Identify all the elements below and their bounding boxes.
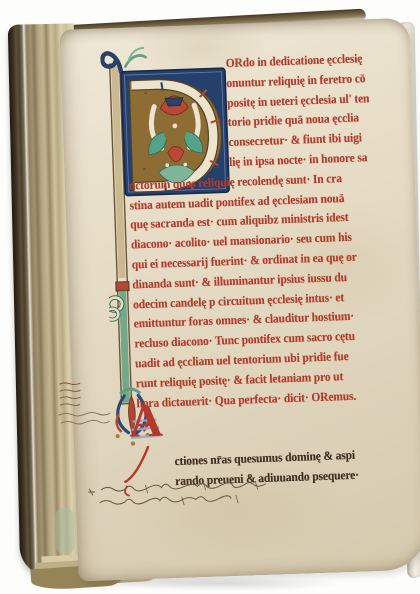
parchment-page: ORdo in dedicatione ęcclesięonuntur reli…: [59, 18, 420, 582]
marginal-gloss: [56, 376, 128, 434]
tinted-leaf-edge: [55, 508, 75, 555]
photo-background: ORdo in dedicatione ęcclesięonuntur reli…: [0, 0, 420, 594]
manuscript-book: ORdo in dedicatione ęcclesięonuntur reli…: [6, 8, 418, 588]
rubric-text-block: ORdo in dedicatione ęcclesięonuntur reli…: [124, 48, 412, 414]
initial-a-tail: [124, 447, 149, 482]
initial-a-letter: A: [128, 395, 163, 448]
initial-p-knot: [106, 297, 123, 320]
bottom-annotation: [85, 473, 312, 517]
